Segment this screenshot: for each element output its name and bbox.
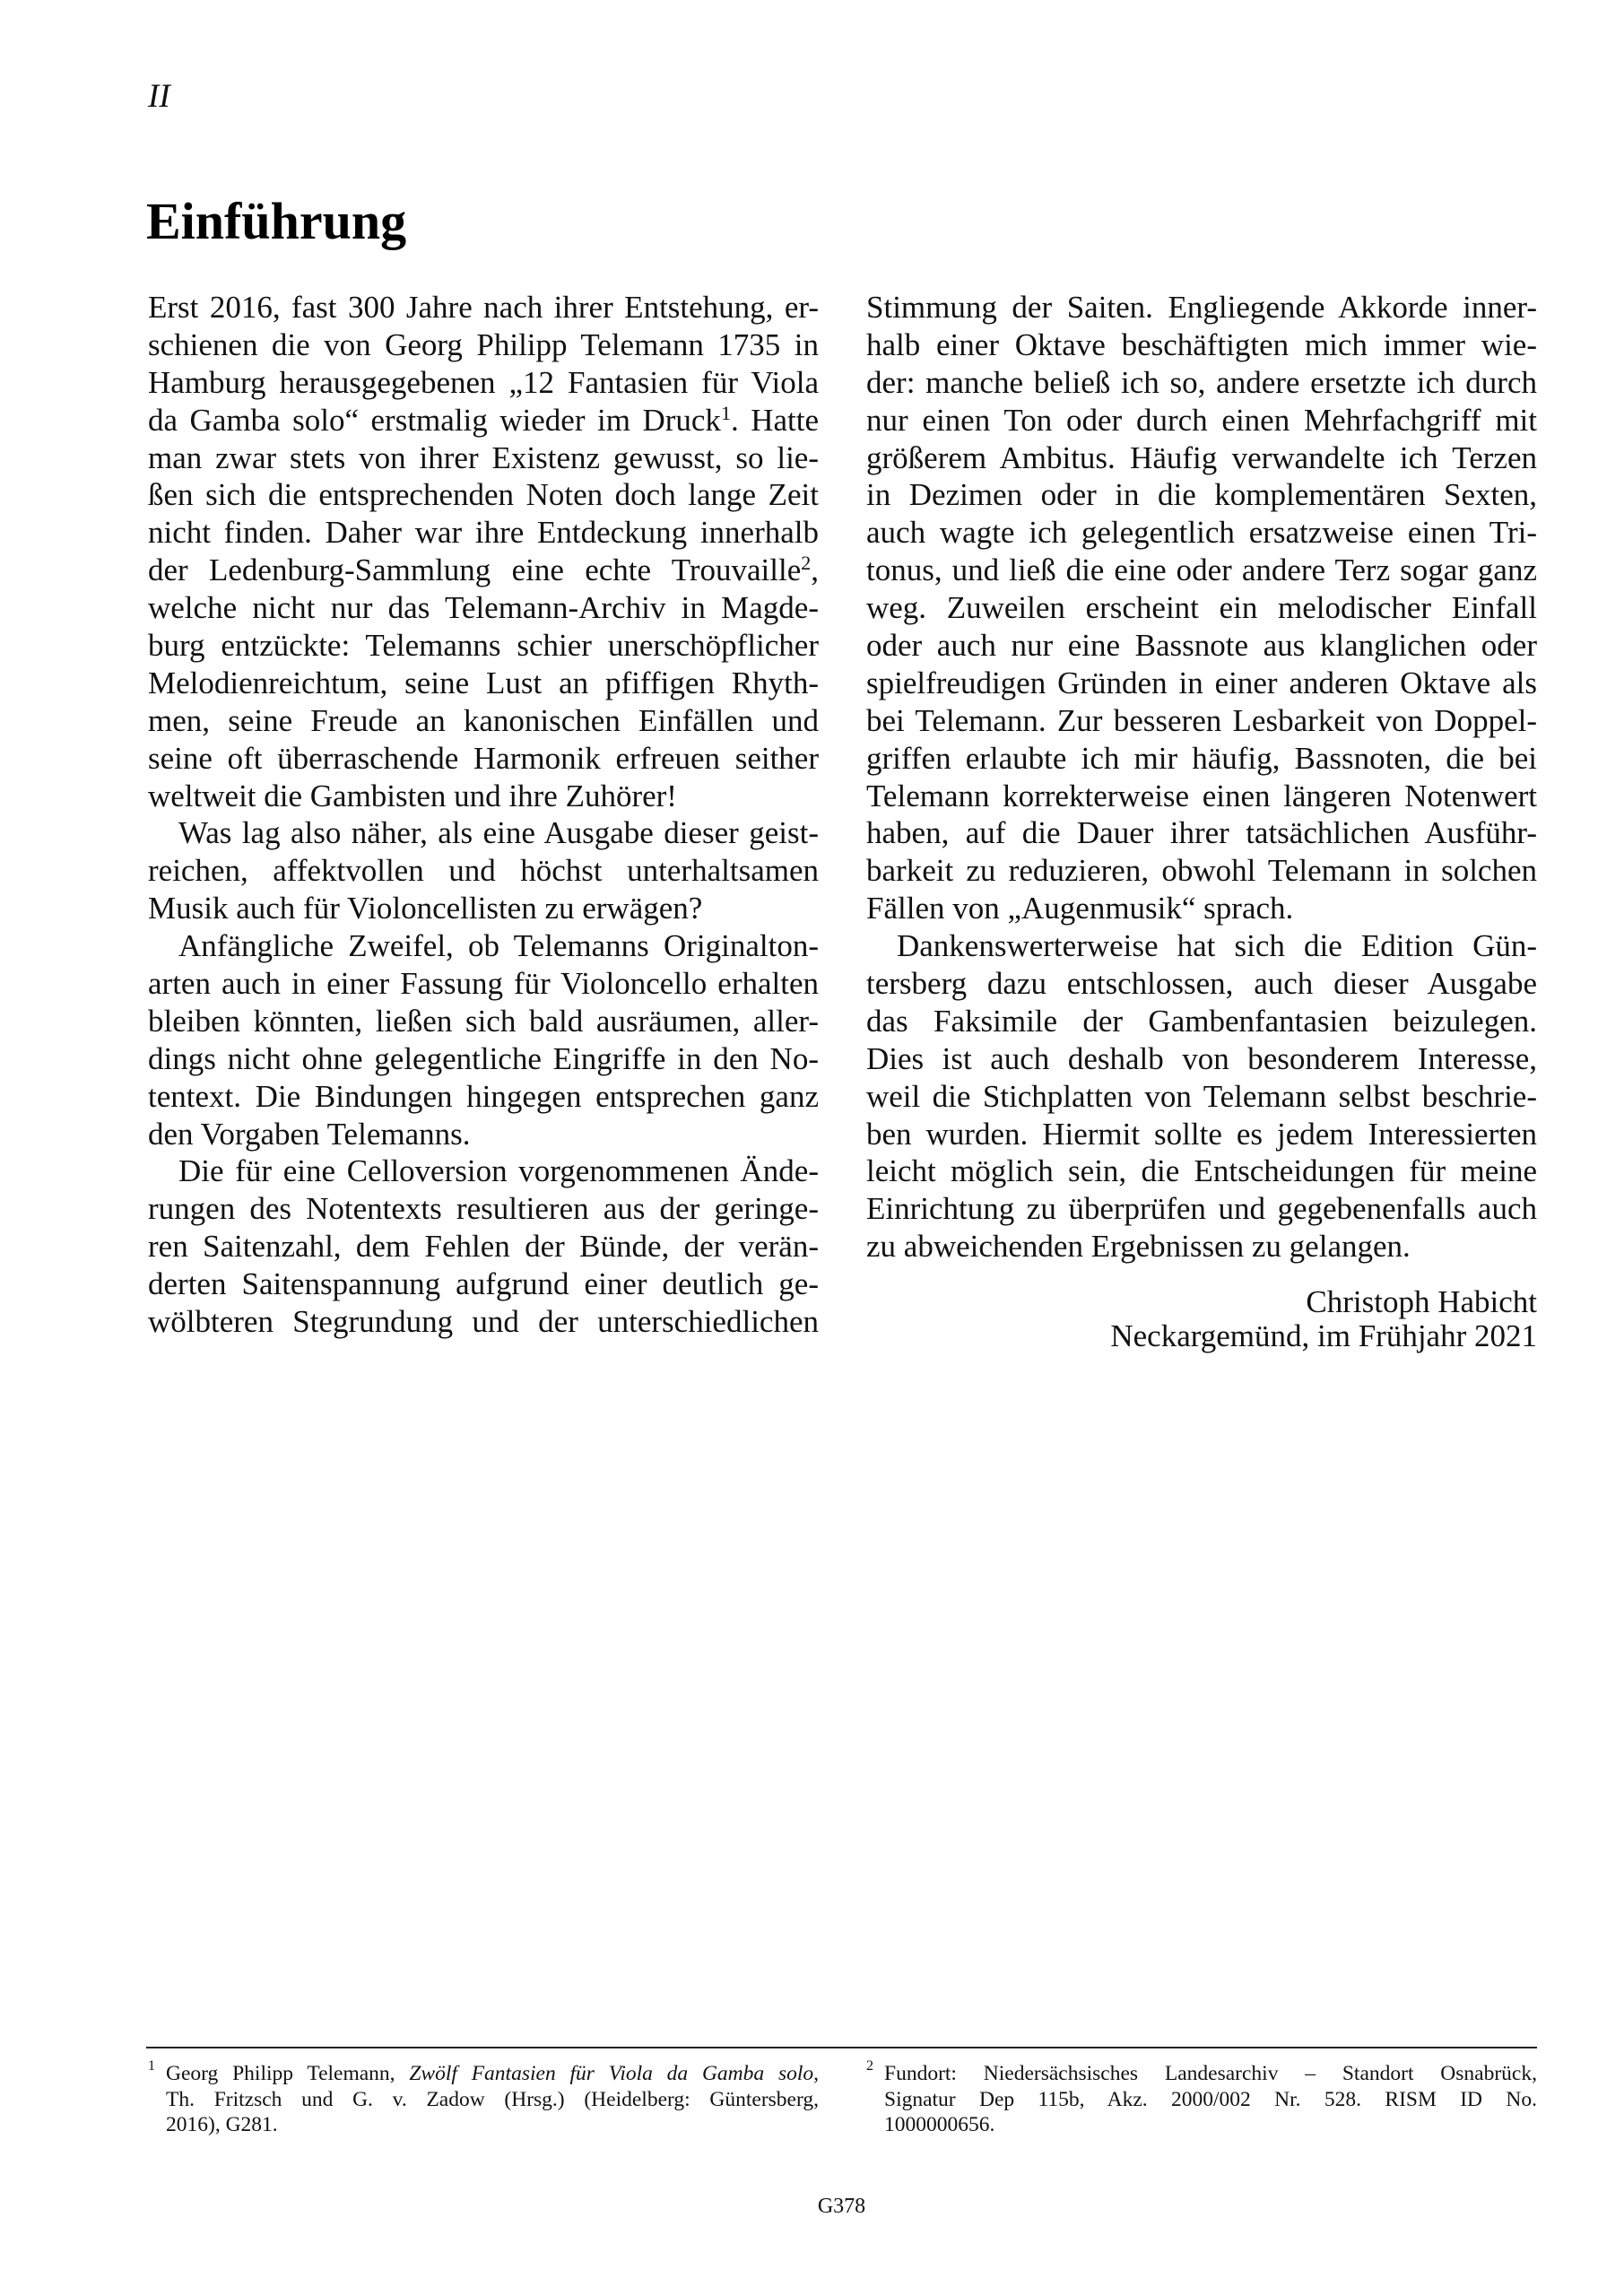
text-line: man zwar stets von ihrer Existenz gewuss… xyxy=(148,439,819,477)
text-line: griffen erlaubte ich mir häufig, Bassnot… xyxy=(866,740,1537,778)
page-number: G378 xyxy=(0,2193,1624,2220)
footnote-line: Signatur Dep 115b, Akz. 2000/002 Nr. 528… xyxy=(866,2087,1537,2113)
text-line: tonus, und ließ die eine oder andere Ter… xyxy=(866,552,1537,589)
text-line: Fällen von „Augenmusik“ sprach. xyxy=(866,890,1537,927)
text-line: schienen die von Georg Philipp Telemann … xyxy=(148,326,819,364)
text-line: Melodienreichtum, seine Lust an pfiffige… xyxy=(148,665,819,702)
text-line: bei Telemann. Zur besseren Lesbarkeit vo… xyxy=(866,702,1537,740)
work-title: Zwölf Fantasien für Viola da Gamba solo xyxy=(409,2062,813,2085)
text-line: barkeit zu reduzieren, obwohl Telemann i… xyxy=(866,852,1537,890)
author-name: Christoph Habicht xyxy=(866,1285,1537,1319)
text-line: rungen des Notentexts resultieren aus de… xyxy=(148,1190,819,1228)
footnote-divider xyxy=(146,2047,1537,2048)
footnote-2: 2 Fundort: Niedersächsisches Landesarchi… xyxy=(866,2061,1537,2138)
text-line: wölbteren Stegrundung und der unterschie… xyxy=(148,1303,819,1341)
text-line: arten auch in einer Fassung für Violonce… xyxy=(148,965,819,1003)
text-line: weg. Zuweilen erscheint ein melodischer … xyxy=(866,589,1537,627)
text-line: größerem Ambitus. Häufig verwandelte ich… xyxy=(866,439,1537,477)
text-line: men, seine Freude an kanonischen Einfäll… xyxy=(148,702,819,740)
paragraph-start: Dankenswerterweise hat sich die Edition … xyxy=(866,927,1537,965)
text-line: nur einen Ton oder durch einen Mehrfachg… xyxy=(866,402,1537,439)
text-line: tersberg dazu entschlossen, auch dieser … xyxy=(866,965,1537,1003)
text-line: Stimmung der Saiten. Engliegende Akkorde… xyxy=(866,289,1537,326)
text-line: ßen sich die entsprechenden Noten doch l… xyxy=(148,476,819,514)
text-line: seine oft überraschende Harmonik erfreue… xyxy=(148,740,819,778)
text-line: halb einer Oktave beschäftigten mich imm… xyxy=(866,326,1537,364)
right-column: Stimmung der Saiten. Engliegende Akkorde… xyxy=(866,289,1537,1265)
text-line: haben, auf die Dauer ihrer tatsächlichen… xyxy=(866,814,1537,852)
text-line: Musik auch für Violoncellisten zu erwäge… xyxy=(148,890,819,927)
text-line: burg entzückte: Telemanns schier unersch… xyxy=(148,627,819,665)
text-line: Dies ist auch deshalb von besonderem Int… xyxy=(866,1040,1537,1078)
text-line: das Faksimile der Gambenfantasien beizul… xyxy=(866,1003,1537,1040)
text-line-with-footnote-1: da Gamba solo“ erstmalig wieder im Druck… xyxy=(148,402,819,439)
place-date: Neckargemünd, im Frühjahr 2021 xyxy=(866,1319,1537,1353)
text-line: nicht finden. Daher war ihre Entdeckung … xyxy=(148,514,819,552)
text-line: weltweit die Gambisten und ihre Zuhörer! xyxy=(148,778,819,815)
text-line: Erst 2016, fast 300 Jahre nach ihrer Ent… xyxy=(148,289,819,326)
text-line: ben wurden. Hiermit sollte es jedem Inte… xyxy=(866,1116,1537,1153)
paragraph-start: Was lag also näher, als eine Ausgabe die… xyxy=(148,814,819,852)
text-line: reichen, affektvollen und höchst unterha… xyxy=(148,852,819,890)
left-column: Erst 2016, fast 300 Jahre nach ihrer Ent… xyxy=(148,289,819,1341)
text-line: der: manche beließ ich so, andere ersetz… xyxy=(866,364,1537,402)
text-line: bleiben könnten, ließen sich bald ausräu… xyxy=(148,1003,819,1040)
text-line: spielfreudigen Gründen in einer anderen … xyxy=(866,665,1537,702)
text-line: zu abweichenden Ergebnissen zu gelangen. xyxy=(866,1228,1537,1265)
text-line: Einrichtung zu überprüfen und gegebenenf… xyxy=(866,1190,1537,1228)
text-line: Hamburg herausgegebenen „12 Fantasien fü… xyxy=(148,364,819,402)
page-title: Einführung xyxy=(146,190,406,253)
text-line: ren Saitenzahl, dem Fehlen der Bünde, de… xyxy=(148,1228,819,1265)
text-line: weil die Stichplatten von Telemann selbs… xyxy=(866,1078,1537,1116)
text-line: derten Saitenspannung aufgrund einer deu… xyxy=(148,1265,819,1303)
text-line: dings nicht ohne gelegentliche Eingriffe… xyxy=(148,1040,819,1078)
footnote-number: 1 xyxy=(148,2057,155,2075)
footnote-line: 2016), G281. xyxy=(148,2112,819,2138)
footnote-1: 1 Georg Philipp Telemann, Zwölf Fantasie… xyxy=(148,2061,819,2138)
text-line: den Vorgaben Telemanns. xyxy=(148,1116,819,1153)
text-line: welche nicht nur das Telemann-Archiv in … xyxy=(148,589,819,627)
paragraph-start: Die für eine Celloversion vorgenommenen … xyxy=(148,1152,819,1190)
paragraph-start: Anfängliche Zweifel, ob Telemanns Origin… xyxy=(148,927,819,965)
text-line: in Dezimen oder in die komplementären Se… xyxy=(866,476,1537,514)
text-line: Telemann korrekterweise einen längeren N… xyxy=(866,778,1537,815)
footnote-line: Fundort: Niedersächsisches Landesarchiv … xyxy=(866,2061,1537,2087)
footnote-line: Georg Philipp Telemann, Zwölf Fantasien … xyxy=(148,2061,819,2087)
text-line: leicht möglich sein, die Entscheidungen … xyxy=(866,1152,1537,1190)
text-line: tentext. Die Bindungen hingegen entsprec… xyxy=(148,1078,819,1116)
footnote-number: 2 xyxy=(866,2057,873,2075)
page-marker: II xyxy=(148,79,170,115)
text-line-with-footnote-2: der Ledenburg-Sammlung eine echte Trouva… xyxy=(148,552,819,589)
text-line: oder auch nur eine Bassnote aus klanglic… xyxy=(866,627,1537,665)
footnote-line: Th. Fritzsch und G. v. Zadow (Hrsg.) (He… xyxy=(148,2087,819,2113)
footnote-ref-2[interactable]: 2 xyxy=(801,552,811,574)
text-line: auch wagte ich gelegentlich ersatzweise … xyxy=(866,514,1537,552)
footnote-line: 1000000656. xyxy=(866,2112,1537,2138)
footnote-ref-1[interactable]: 1 xyxy=(721,402,731,424)
